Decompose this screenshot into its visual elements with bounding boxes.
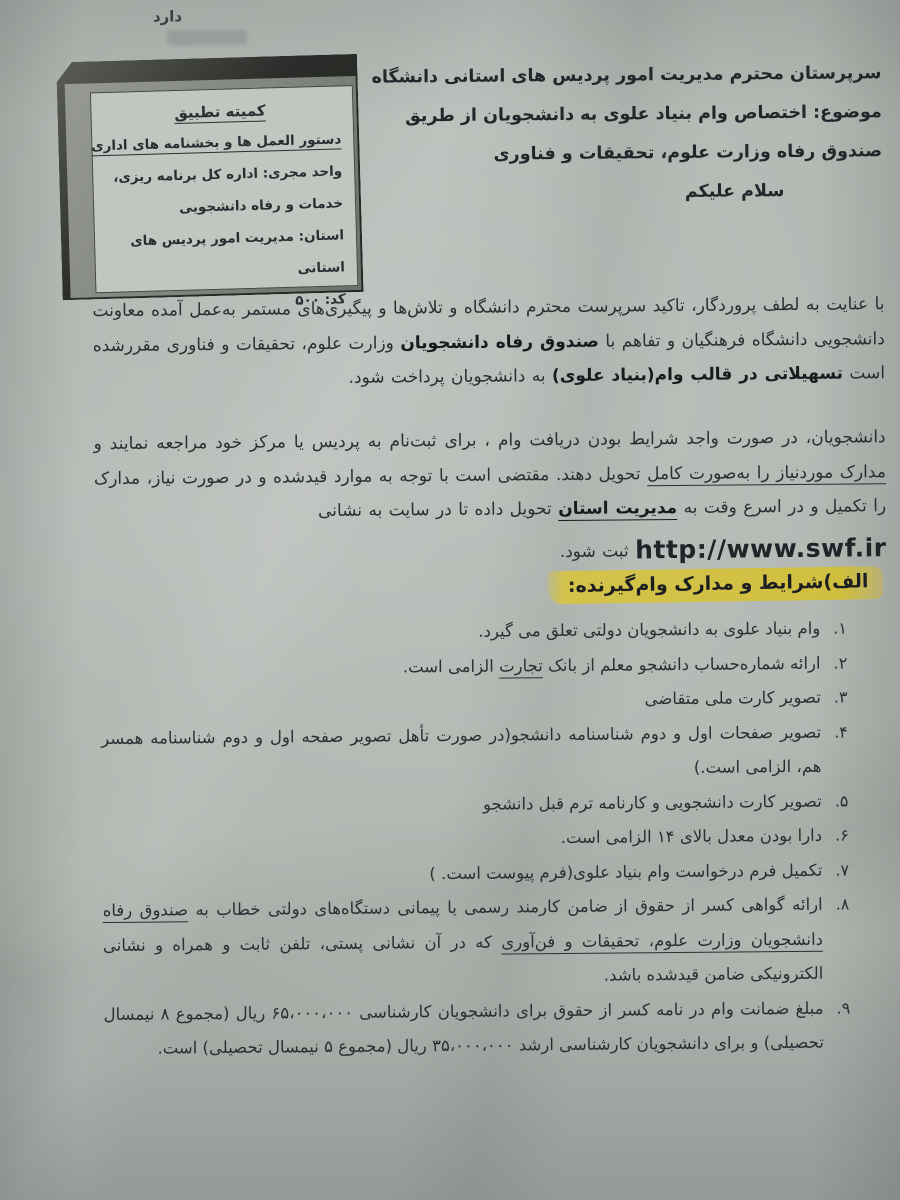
text-segment: وام بنیاد علوی به دانشجویان دولتی تعلق م…: [478, 619, 820, 641]
url-text: http://www.swf.ir: [635, 526, 887, 572]
list-item-number: ۹.: [836, 991, 862, 1026]
stamp-executor-line: واحد مجری: اداره کل برنامه ریزی، خدمات و…: [101, 155, 344, 226]
text-segment: دانشجویان، در صورت واجد شرایط بودن دریاف…: [94, 427, 886, 454]
list-item-text: ارائه گواهی کسر از حقوق از ضامن کارمند ر…: [103, 888, 824, 998]
list-item-number: ۴.: [834, 715, 860, 750]
letter-header: سرپرستان محترم مدیریت امور پردیس های است…: [361, 54, 882, 215]
text-segment: تسهیلاتی در قالب وام(بنیاد علوی): [552, 364, 843, 387]
text-segment: الزامی است.: [403, 656, 499, 676]
body-paragraph-1: با عنایت به لطف پروردگار، تاکید سرپرست م…: [92, 287, 885, 397]
handwritten-note: دارد: [153, 7, 182, 25]
list-item: ۹. مبلغ ضمانت وام در نامه کسر از حقوق بر…: [103, 991, 863, 1067]
body-paragraph-2: دانشجویان، در صورت واجد شرایط بودن دریاف…: [93, 420, 886, 577]
list-item-number: ۳.: [834, 680, 860, 715]
recipient-line: سرپرستان محترم مدیریت امور پردیس های است…: [361, 54, 881, 98]
list-item: ۸. ارائه گواهی کسر از حقوق از ضامن کارمن…: [103, 887, 863, 997]
text-segment: تحویل داده تا در سایت به نشانی: [318, 499, 558, 521]
list-item-number: ۲.: [833, 646, 859, 681]
text-segment: دارا بودن معدل بالای ۱۴ الزامی است.: [561, 826, 823, 847]
document-sheet: دارد کمیته تطبیق دستور العمل ها و بخشنام…: [0, 0, 900, 1200]
highlighted-section-heading: الف)شرایط و مدارک وام‌گیرنده:: [548, 566, 883, 604]
text-segment: تکمیل فرم درخواست وام بنیاد علوی(فرم پیو…: [429, 860, 822, 882]
text-segment: ارائه شماره‌حساب دانشجو معلم از بانک: [543, 653, 821, 674]
list-item-number: ۸.: [836, 887, 862, 922]
text-segment: تجارت: [499, 656, 543, 675]
text-segment: به دانشجویان پرداخت شود.: [349, 366, 553, 388]
text-segment: مدارک موردنیاز را به‌صورت کامل: [647, 462, 886, 484]
salutation: سلام علیکم: [362, 171, 882, 215]
ink-smudge: [167, 30, 247, 46]
stamp-province-line: استان: مدیریت امور پردیس های استانی: [103, 219, 346, 290]
list-item-text: مبلغ ضمانت وام در نامه کسر از حقوق برای …: [103, 991, 824, 1066]
subject-line-1: موضوع: اختصاص وام بنیاد علوی به دانشجویا…: [362, 93, 882, 137]
paragraph-2-text: دانشجویان، در صورت واجد شرایط بودن دریاف…: [94, 427, 887, 521]
list-item-number: ۵.: [835, 784, 861, 819]
committee-stamp-box: کمیته تطبیق دستور العمل ها و بخشنامه های…: [56, 54, 364, 300]
text-segment: ثبت شود.: [560, 541, 636, 562]
text-segment: مبلغ ضمانت وام در نامه کسر از حقوق برای …: [104, 998, 824, 1057]
text-segment: ارائه گواهی کسر از حقوق از ضامن کارمند ر…: [188, 895, 823, 920]
list-item: ۴. تصویر صفحات اول و دوم شناسنامه دانشجو…: [101, 715, 861, 791]
list-item-number: ۶.: [835, 818, 861, 853]
subject-line-2: صندوق رفاه وزارت علوم، تحقیقات و فناوری: [362, 132, 882, 176]
stamp-face: کمیته تطبیق دستور العمل ها و بخشنامه های…: [90, 85, 359, 293]
text-segment: تصویر صفحات اول و دوم شناسنامه دانشجو(در…: [101, 722, 821, 777]
section-heading-row: الف)شرایط و مدارک وام‌گیرنده:: [548, 567, 883, 603]
text-segment: مدیریت استان: [558, 498, 677, 519]
text-segment: تصویر کارت دانشجویی و کارنامه ترم قبل دا…: [483, 791, 822, 813]
list-item-number: ۱.: [833, 611, 859, 646]
text-segment: صندوق رفاه دانشجویان: [400, 331, 599, 353]
text-segment: تصویر کارت ملی متقاضی: [645, 688, 821, 709]
photographed-document: { "colors": { "paper": "#b2b7b2", "ink":…: [0, 0, 900, 1200]
list-item-text: تصویر صفحات اول و دوم شناسنامه دانشجو(در…: [101, 715, 822, 790]
requirements-list: ۱. وام بنیاد علوی به دانشجویان دولتی تعل…: [100, 611, 863, 1066]
list-item-number: ۷.: [835, 853, 861, 888]
